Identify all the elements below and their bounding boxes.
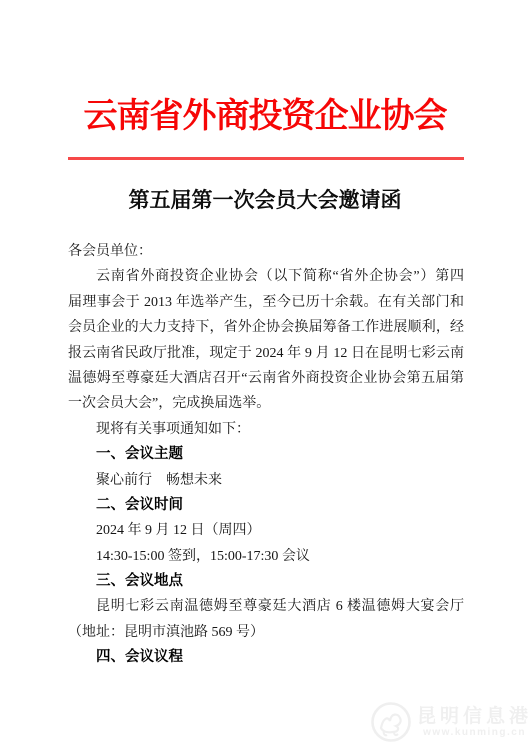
- body-text-line: 会员企业的大力支持下，省外企协会换届筹备工作进展顺利，经: [68, 315, 464, 340]
- section-heading-line: 二、会议时间: [68, 493, 464, 518]
- body-text-line: 温德姆至尊豪廷大酒店召开“云南省外商投资企业协会第五届第: [68, 366, 464, 391]
- title-divider-rule: [68, 157, 464, 160]
- body-text-line: 2024 年 9 月 12 日（周四）: [68, 518, 464, 543]
- invitation-document-page: 云南省外商投资企业协会 第五届第一次会员大会邀请函 各会员单位：云南省外商投资企…: [0, 0, 530, 750]
- section-heading-line: 三、会议地点: [68, 569, 464, 594]
- body-text-line: （地址：昆明市滇池路 569 号）: [68, 620, 464, 645]
- body-text-line: 一次会员大会”，完成换届选举。: [68, 391, 464, 416]
- watermark: 昆明信息港 www.kunming.cn: [370, 701, 530, 743]
- section-heading-line: 一、会议主题: [68, 442, 464, 467]
- section-heading-line: 四、会议议程: [68, 645, 464, 670]
- body-text-line: 云南省外商投资企业协会（以下简称“省外企协会”）第四: [68, 264, 464, 289]
- document-title: 第五届第一次会员大会邀请函: [0, 186, 530, 214]
- watermark-text: 昆明信息港 www.kunming.cn: [417, 707, 530, 738]
- body-text-line: 各会员单位：: [68, 239, 464, 264]
- watermark-site-url: www.kunming.cn: [423, 727, 526, 738]
- document-body: 各会员单位：云南省外商投资企业协会（以下简称“省外企协会”）第四届理事会于 20…: [68, 239, 464, 671]
- body-text-line: 昆明七彩云南温德姆至尊豪廷大酒店 6 楼温德姆大宴会厅: [68, 594, 464, 619]
- body-text-line: 届理事会于 2013 年选举产生，至今已历十余载。在有关部门和: [68, 290, 464, 315]
- org-title: 云南省外商投资企业协会: [0, 97, 530, 137]
- body-text-line: 报云南省民政厅批准，现定于 2024 年 9 月 12 日在昆明七彩云南: [68, 341, 464, 366]
- kunming-logo-icon: [370, 701, 412, 743]
- body-text-line: 聚心前行 畅想未来: [68, 468, 464, 493]
- watermark-site-name: 昆明信息港: [417, 707, 530, 727]
- body-text-line: 14:30-15:00 签到，15:00-17:30 会议: [68, 544, 464, 569]
- body-text-line: 现将有关事项通知如下：: [68, 417, 464, 442]
